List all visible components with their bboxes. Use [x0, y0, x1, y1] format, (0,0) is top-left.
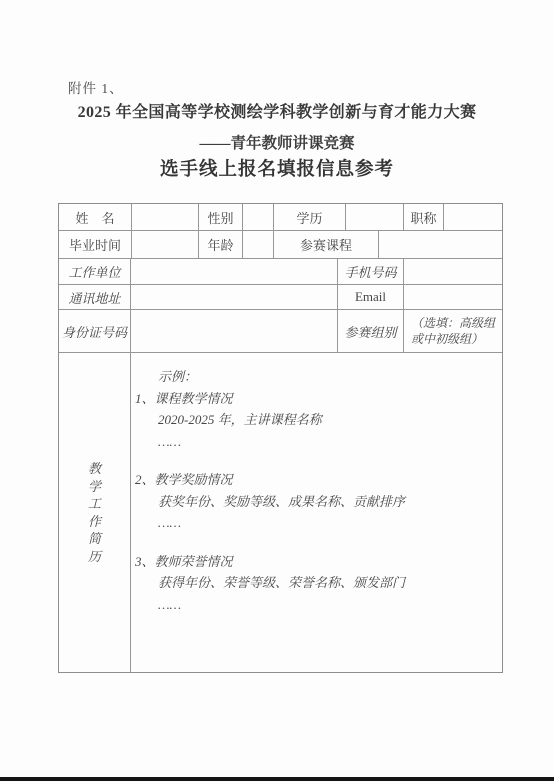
- form-row-basic-1: 姓 名 性别 学历 职称: [59, 204, 502, 231]
- group-note-cell: （选填：高级组 或中初级组）: [404, 310, 502, 352]
- form-row-resume: 教 学 工 作 简 历 示例： 1、课程教学情况 2020-2025 年，主讲课…: [59, 353, 502, 672]
- education-label: 学历: [274, 204, 346, 230]
- gender-label: 性别: [199, 204, 243, 230]
- resume-label-char: 作: [88, 513, 101, 531]
- resume-line: 1、课程教学情况: [135, 388, 496, 410]
- group-note-line2: 或中初级组）: [411, 331, 483, 347]
- resume-label-char: 工: [88, 495, 101, 513]
- graduation-label: 毕业时间: [59, 231, 132, 258]
- resume-line: ……: [135, 512, 496, 534]
- form-row-employer: 工作单位 手机号码: [59, 259, 502, 285]
- age-label: 年龄: [199, 231, 243, 258]
- document-page: 附件 1、 2025 年全国高等学校测绘学科教学创新与育才能力大赛 ——青年教师…: [0, 0, 554, 784]
- attachment-label: 附件 1、: [68, 77, 124, 97]
- form-row-basic-2: 毕业时间 年龄 参赛课程: [59, 231, 502, 259]
- id-number-value-cell: [131, 310, 338, 352]
- name-value-cell: [132, 204, 199, 230]
- name-label: 姓 名: [59, 204, 132, 230]
- resume-label-char: 历: [88, 548, 101, 566]
- resume-line: 3、教师荣誉情况: [135, 551, 496, 573]
- group-note-line1: （选填：高级组: [411, 315, 495, 331]
- phone-value-cell: [404, 259, 502, 284]
- resume-line: 获得年份、荣誉等级、荣誉名称、颁发部门: [135, 572, 496, 594]
- registration-form-table: 姓 名 性别 学历 职称 毕业时间 年龄 参赛课程 工作单位 手机号码: [58, 203, 503, 673]
- resume-line: 获奖年份、奖励等级、成果名称、贡献排序: [135, 491, 496, 513]
- document-title-line3: 选手线上报名填报信息参考: [0, 155, 554, 181]
- resume-label-char: 简: [88, 530, 101, 548]
- resume-line: ……: [135, 431, 496, 453]
- course-label: 参赛课程: [274, 231, 379, 258]
- resume-label: 教 学 工 作 简 历: [59, 353, 131, 672]
- phone-label: 手机号码: [338, 259, 404, 284]
- employer-value-cell: [131, 259, 338, 284]
- address-label: 通讯地址: [59, 285, 131, 309]
- scan-artifact-strip: [0, 777, 554, 781]
- id-number-label: 身份证号码: [59, 310, 131, 352]
- document-title-line1: 2025 年全国高等学校测绘学科教学创新与育才能力大赛: [0, 99, 554, 122]
- age-value-cell: [243, 231, 274, 258]
- resume-line: ……: [135, 594, 496, 616]
- email-value-cell: [404, 285, 502, 309]
- resume-line: 2、教学奖励情况: [135, 469, 496, 491]
- course-value-cell: [379, 231, 502, 258]
- resume-line: 示例：: [135, 366, 496, 388]
- graduation-value-cell: [132, 231, 199, 258]
- resume-label-char: 学: [88, 478, 101, 496]
- employer-label: 工作单位: [59, 259, 131, 284]
- job-title-label: 职称: [404, 204, 444, 230]
- form-row-address: 通讯地址 Email: [59, 285, 502, 310]
- resume-content-cell: 示例： 1、课程教学情况 2020-2025 年，主讲课程名称 …… 2、教学奖…: [131, 353, 502, 672]
- resume-line: 2020-2025 年，主讲课程名称: [135, 409, 496, 431]
- email-label: Email: [338, 285, 404, 309]
- job-title-value-cell: [444, 204, 502, 230]
- resume-label-char: 教: [88, 460, 101, 478]
- gender-value-cell: [243, 204, 274, 230]
- form-row-id-group: 身份证号码 参赛组别 （选填：高级组 或中初级组）: [59, 310, 502, 353]
- education-value-cell: [346, 204, 404, 230]
- address-value-cell: [131, 285, 338, 309]
- document-title-line2: ——青年教师讲课竞赛: [0, 131, 554, 153]
- group-label: 参赛组别: [338, 310, 404, 352]
